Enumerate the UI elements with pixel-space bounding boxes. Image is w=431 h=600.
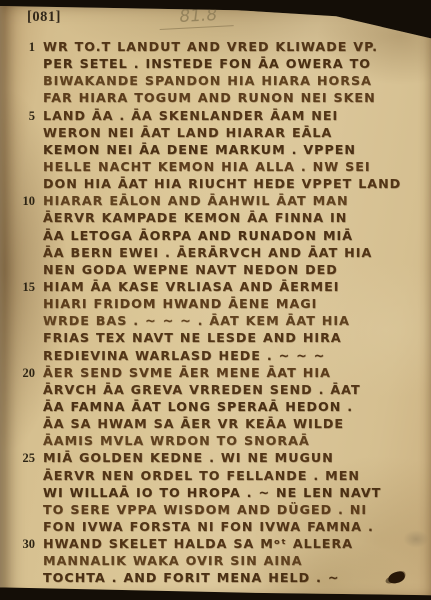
manuscript-line: TO SERE VPPA WISDOM AND DÜGED . NI bbox=[6, 502, 427, 519]
manuscript-line: 5 LAND ĀA . ĀA SKENLANDER ĀAM NEI bbox=[6, 108, 427, 125]
line-number: 5 bbox=[6, 109, 43, 124]
manuscript-line: FRIAS TEX NAVT NE LESDE AND HIRA bbox=[6, 330, 427, 347]
line-text: ĀRVCH ĀA GREVA VRREDEN SEND . ĀAT bbox=[43, 382, 427, 397]
line-text: MANNALIK WAKA OVIR SIN AINA bbox=[43, 553, 427, 568]
manuscript-line: NEN GODA WEPNE NAVT NEDON DED bbox=[6, 262, 427, 279]
manuscript-line: REDIEVINA WARLASD HEDE . ~ ~ ~ bbox=[6, 348, 427, 365]
manuscript-line: BIWAKANDE SPANDON HIA HIARA HORSA bbox=[6, 73, 427, 90]
line-text: ĀA FAMNA ĀAT LONG SPERAĀ HEDON . bbox=[43, 399, 427, 414]
manuscript-line: HELLE NACHT KEMON HIA ALLA . NW SEI bbox=[6, 159, 427, 176]
line-text: HWAND SKELET HALDA SA Mᵒᵗ ALLERA bbox=[43, 536, 427, 551]
line-text: BIWAKANDE SPANDON HIA HIARA HORSA bbox=[43, 73, 427, 88]
line-text: NEN GODA WEPNE NAVT NEDON DED bbox=[43, 262, 427, 277]
line-text: TO SERE VPPA WISDOM AND DÜGED . NI bbox=[43, 502, 427, 517]
line-text: ĀA SA HWAM SA ĀER VR KEĀA WILDE bbox=[43, 416, 427, 431]
line-number: 1 bbox=[6, 40, 43, 55]
line-text: LAND ĀA . ĀA SKENLANDER ĀAM NEI bbox=[43, 108, 427, 123]
line-text: FAR HIARA TOGUM AND RUNON NEI SKEN bbox=[43, 90, 427, 105]
manuscript-line: HIARI FRIDOM HWAND ĀENE MAGI bbox=[6, 296, 427, 313]
line-number: 20 bbox=[6, 366, 43, 381]
line-text: MIĀ GOLDEN KEDNE . WI NE MUGUN bbox=[43, 450, 427, 465]
folio-label: [081] bbox=[27, 9, 61, 26]
manuscript-line: TOCHTA . AND FORIT MENA HELD . ~ bbox=[6, 570, 427, 587]
manuscript-line: PER SETEL . INSTEDE FON ĀA OWERA TO bbox=[6, 56, 427, 73]
manuscript-line: WERON NEI ĀAT LAND HIARAR EĀLA bbox=[6, 125, 427, 142]
manuscript-line: MANNALIK WAKA OVIR SIN AINA bbox=[6, 553, 427, 570]
line-text: TOCHTA . AND FORIT MENA HELD . ~ bbox=[43, 570, 427, 585]
manuscript-line: ĀRVCH ĀA GREVA VRREDEN SEND . ĀAT bbox=[6, 382, 427, 399]
line-text: ĀA BERN EWEI . ĀERĀRVCH AND ĀAT HIA bbox=[43, 245, 427, 260]
line-text: HIARAR EĀLON AND ĀAHWIL ĀAT MAN bbox=[43, 193, 427, 208]
manuscript-line: WI WILLAĀ IO TO HROPA . ~ NE LEN NAVT bbox=[6, 485, 427, 502]
line-text: WI WILLAĀ IO TO HROPA . ~ NE LEN NAVT bbox=[43, 485, 427, 500]
manuscript-line: ĀAMIS MVLA WRDON TO SNORAĀ bbox=[6, 433, 427, 450]
line-text: REDIEVINA WARLASD HEDE . ~ ~ ~ bbox=[43, 348, 427, 363]
paper-page: [081] 81.8 1 WR TO.T LANDUT AND VRED KLI… bbox=[0, 0, 431, 600]
manuscript-line: 25 MIĀ GOLDEN KEDNE . WI NE MUGUN bbox=[6, 450, 427, 467]
manuscript-line: ĀA FAMNA ĀAT LONG SPERAĀ HEDON . bbox=[6, 399, 427, 416]
manuscript-line: DON HIA ĀAT HIA RIUCHT HEDE VPPET LAND bbox=[6, 176, 427, 193]
line-text: ĀAMIS MVLA WRDON TO SNORAĀ bbox=[43, 433, 427, 448]
manuscript-line: ĀA LETOGA ĀORPA AND RUNADON MIĀ bbox=[6, 228, 427, 245]
manuscript-line: ĀA BERN EWEI . ĀERĀRVCH AND ĀAT HIA bbox=[6, 245, 427, 262]
line-text: HELLE NACHT KEMON HIA ALLA . NW SEI bbox=[43, 159, 427, 174]
manuscript-line: FON IVWA FORSTA NI FON IVWA FAMNA . bbox=[6, 519, 427, 536]
line-number: 10 bbox=[6, 194, 43, 209]
manuscript-line: ĀA SA HWAM SA ĀER VR KEĀA WILDE bbox=[6, 416, 427, 433]
manuscript-line: 20 ĀER SEND SVME ĀER MENE ĀAT HIA bbox=[6, 365, 427, 382]
line-text: ĀERVR KAMPADE KEMON ĀA FINNA IN bbox=[43, 210, 427, 225]
manuscript-line: 30 HWAND SKELET HALDA SA Mᵒᵗ ALLERA bbox=[6, 536, 427, 553]
line-text: PER SETEL . INSTEDE FON ĀA OWERA TO bbox=[43, 56, 427, 71]
line-text: FRIAS TEX NAVT NE LESDE AND HIRA bbox=[43, 330, 427, 345]
line-text: FON IVWA FORSTA NI FON IVWA FAMNA . bbox=[43, 519, 427, 534]
text-block: 1 WR TO.T LANDUT AND VRED KLIWADE VP. PE… bbox=[6, 39, 427, 588]
line-text: ĀERVR NEN ORDEL TO FELLANDE . MEN bbox=[43, 468, 427, 483]
manuscript-line: ĀERVR NEN ORDEL TO FELLANDE . MEN bbox=[6, 468, 427, 485]
line-text: WRDE BAS . ~ ~ ~ . ĀAT KEM ĀAT HIA bbox=[43, 313, 427, 328]
line-text: KEMON NEI ĀA DENE MARKUM . VPPEN bbox=[43, 142, 427, 157]
manuscript-scan: { "page": { "folio_label": "[081]", "pen… bbox=[0, 0, 431, 600]
line-text: ĀA LETOGA ĀORPA AND RUNADON MIĀ bbox=[43, 228, 427, 243]
line-number: 30 bbox=[6, 537, 43, 552]
manuscript-line: WRDE BAS . ~ ~ ~ . ĀAT KEM ĀAT HIA bbox=[6, 313, 427, 330]
paper-smudge bbox=[403, 530, 429, 548]
line-text: WR TO.T LANDUT AND VRED KLIWADE VP. bbox=[43, 39, 427, 54]
manuscript-line: 15 HIAM ĀA KASE VRLIASA AND ĀERMEI bbox=[6, 279, 427, 296]
line-text: DON HIA ĀAT HIA RIUCHT HEDE VPPET LAND bbox=[43, 176, 427, 191]
manuscript-line: 10 HIARAR EĀLON AND ĀAHWIL ĀAT MAN bbox=[6, 193, 427, 210]
line-number: 15 bbox=[6, 280, 43, 295]
manuscript-line: 1 WR TO.T LANDUT AND VRED KLIWADE VP. bbox=[6, 39, 427, 56]
pencil-page-number: 81.8 bbox=[160, 4, 237, 30]
manuscript-line: KEMON NEI ĀA DENE MARKUM . VPPEN bbox=[6, 142, 427, 159]
line-text: ĀER SEND SVME ĀER MENE ĀAT HIA bbox=[43, 365, 427, 380]
line-text: HIARI FRIDOM HWAND ĀENE MAGI bbox=[43, 296, 427, 311]
manuscript-line: FAR HIARA TOGUM AND RUNON NEI SKEN bbox=[6, 90, 427, 107]
line-number: 25 bbox=[6, 451, 43, 466]
line-text: WERON NEI ĀAT LAND HIARAR EĀLA bbox=[43, 125, 427, 140]
line-text: HIAM ĀA KASE VRLIASA AND ĀERMEI bbox=[43, 279, 427, 294]
manuscript-line: ĀERVR KAMPADE KEMON ĀA FINNA IN bbox=[6, 210, 427, 227]
